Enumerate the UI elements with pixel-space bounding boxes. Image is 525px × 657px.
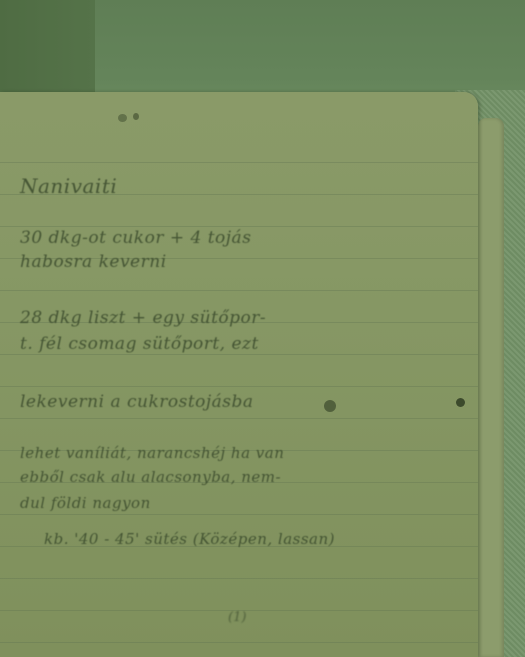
- recipe-title: Nanivaiti: [20, 174, 117, 198]
- notebook-back-page: [478, 118, 504, 657]
- ruled-line: [0, 642, 478, 643]
- recipe-line: habosra keverni: [20, 252, 167, 272]
- recipe-line: 30 dkg-ot cukor + 4 tojás: [20, 228, 251, 248]
- ink-blot: [324, 400, 336, 412]
- ruled-line: [0, 354, 478, 355]
- ink-spot: [133, 113, 139, 120]
- notebook-page: Nanivaiti 30 dkg-ot cukor + 4 tojás habo…: [0, 92, 478, 657]
- ruled-line: [0, 418, 478, 419]
- recipe-line: 28 dkg liszt + egy sütőpor-: [20, 308, 266, 328]
- recipe-line: kb. '40 - 45' sütés (Középen, lassan): [44, 530, 335, 548]
- ruled-line: [0, 162, 478, 163]
- binder-hole: [456, 398, 465, 407]
- recipe-line: lehet vaníliát, narancshéj ha van: [20, 444, 284, 462]
- ruled-line: [0, 226, 478, 227]
- recipe-line: dul földi nagyon: [20, 494, 151, 512]
- ink-spot: [118, 114, 127, 122]
- ruled-line: [0, 290, 478, 291]
- ruled-line: [0, 514, 478, 515]
- recipe-line: lekeverni a cukrostojásba: [20, 392, 254, 412]
- recipe-line: ebből csak alu alacsonyba, nem-: [20, 468, 281, 486]
- ruled-line: [0, 578, 478, 579]
- ruled-line: [0, 386, 478, 387]
- page-number: (1): [228, 610, 246, 625]
- recipe-line: t. fél csomag sütőport, ezt: [20, 334, 259, 354]
